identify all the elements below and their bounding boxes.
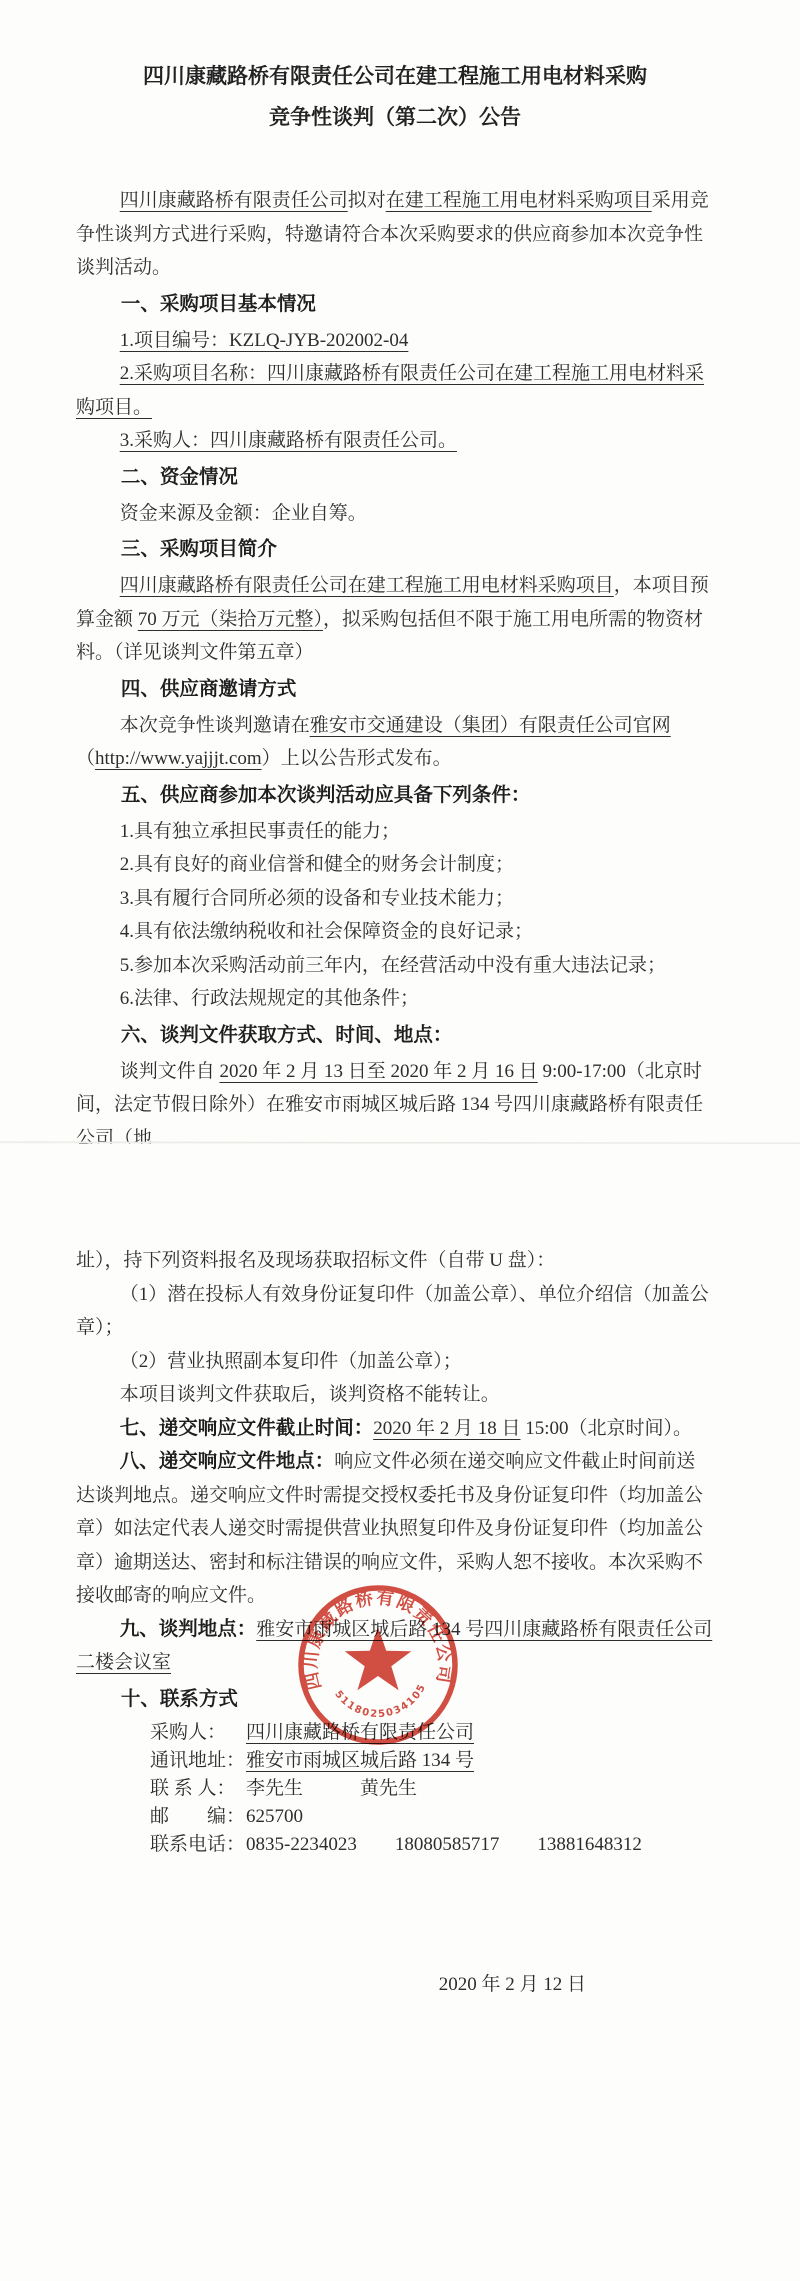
project-number-line: 1.项目编号：KZLQ-JYB-202002-04 <box>76 324 714 358</box>
contact-label: 邮 编： <box>150 1803 246 1831</box>
section-heading-2: 二、资金情况 <box>76 461 714 495</box>
contact-row-zipcode: 邮 编： 625700 <box>150 1803 714 1831</box>
condition-item-6: 6.法律、行政法规规定的其他条件； <box>76 982 714 1016</box>
text-segment: 八、递交响应文件地点： <box>120 1451 335 1472</box>
text-segment: 响应文件必须在递交响应文件截止时间前送达谈判地点。递交响应文件时需提交授权委托书… <box>76 1451 703 1606</box>
contact-row-purchaser: 采购人： 四川康藏路桥有限责任公司 <box>150 1719 714 1747</box>
section-heading-6: 六、谈判文件获取方式、时间、地点： <box>76 1019 714 1053</box>
section-7-deadline: 七、递交响应文件截止时间：2020 年 2 月 18 日 15:00（北京时间）… <box>76 1412 714 1446</box>
text-segment: （ <box>76 748 95 769</box>
project-brief-paragraph: 四川康藏路桥有限责任公司在建工程施工用电材料采购项目，本项目预算金额 70 万元… <box>76 569 714 670</box>
project-name-line: 2.采购项目名称：四川康藏路桥有限责任公司在建工程施工用电材料采购项目。 <box>76 357 714 424</box>
text-segment: 70 万元（柒拾万元整） <box>138 609 323 630</box>
transfer-note: 本项目谈判文件获取后，谈判资格不能转让。 <box>76 1378 714 1412</box>
contact-value: 0835-2234023 18080585717 13881648312 <box>246 1831 642 1859</box>
contact-label: 采购人： <box>150 1719 246 1747</box>
announcement-page-2: 址），持下列资料报名及现场获取招标文件（自带 U 盘）： （1）潜在投标人有效身… <box>0 1144 800 2281</box>
text-segment: http://www.yajjjt.com <box>95 748 262 769</box>
document-obtain-continuation: 址），持下列资料报名及现场获取招标文件（自带 U 盘）： <box>76 1244 714 1278</box>
text-segment: 在建工程施工用电材料采购项目 <box>386 190 652 211</box>
section-9-negotiation-place: 九、谈判地点：雅安市雨城区城后路 134 号四川康藏路桥有限责任公司二楼会议室 <box>76 1613 714 1680</box>
section-heading-10: 十、联系方式 <box>76 1683 714 1717</box>
text-segment: 3.采购人：四川康藏路桥有限责任公司。 <box>120 430 457 451</box>
text-segment: 九、谈判地点： <box>120 1619 257 1640</box>
required-document-2: （2）营业执照副本复印件（加盖公章）； <box>76 1345 714 1379</box>
text-segment: 谈判文件自 <box>120 1061 220 1082</box>
contact-label: 联系电话： <box>150 1831 246 1859</box>
section-heading-1: 一、采购项目基本情况 <box>76 288 714 322</box>
text-segment: 七、递交响应文件截止时间： <box>120 1418 374 1439</box>
contact-value: 雅安市雨城区城后路 134 号 <box>246 1747 474 1775</box>
condition-item-1: 1.具有独立承担民事责任的能力； <box>76 815 714 849</box>
section-8-submission-place: 八、递交响应文件地点：响应文件必须在递交响应文件截止时间前送达谈判地点。递交响应… <box>76 1445 714 1613</box>
title-spacer <box>76 138 714 184</box>
contact-value: 四川康藏路桥有限责任公司 <box>246 1719 474 1747</box>
announcement-page-1: 四川康藏路桥有限责任公司在建工程施工用电材料采购 竞争性谈判（第二次）公告 四川… <box>0 0 800 1142</box>
announcement-title-line1: 四川康藏路桥有限责任公司在建工程施工用电材料采购 <box>76 56 714 97</box>
contact-row-person: 联 系 人： 李先生 黄先生 <box>150 1775 714 1803</box>
contact-value: 李先生 黄先生 <box>246 1775 417 1803</box>
text-segment: ）上以公告形式发布。 <box>262 748 452 769</box>
text-segment: 15:00（北京时间）。 <box>520 1418 692 1439</box>
contact-label: 通讯地址： <box>150 1747 246 1775</box>
contact-row-address: 通讯地址： 雅安市雨城区城后路 134 号 <box>150 1747 714 1775</box>
text-segment: 本次竞争性谈判邀请在 <box>120 715 310 736</box>
intro-paragraph: 四川康藏路桥有限责任公司拟对在建工程施工用电材料采购项目采用竞争性谈判方式进行采… <box>76 184 714 285</box>
text-segment: 拟对 <box>348 190 386 211</box>
invitation-paragraph: 本次竞争性谈判邀请在雅安市交通建设（集团）有限责任公司官网（http://www… <box>76 709 714 776</box>
text-segment: 2020 年 2 月 18 日 <box>373 1418 520 1439</box>
contact-label: 联 系 人： <box>150 1775 246 1803</box>
funding-line: 资金来源及金额：企业自筹。 <box>76 497 714 531</box>
text-segment: 四川康藏路桥有限责任公司在建工程施工用电材料采购项目 <box>120 575 614 596</box>
contact-block: 采购人： 四川康藏路桥有限责任公司 通讯地址： 雅安市雨城区城后路 134 号 … <box>150 1719 714 1859</box>
contact-value: 625700 <box>246 1803 303 1831</box>
section-heading-5: 五、供应商参加本次谈判活动应具备下列条件： <box>76 779 714 813</box>
text-segment: 1.项目编号：KZLQ-JYB-202002-04 <box>120 330 409 351</box>
text-segment: 2020 年 2 月 13 日至 2020 年 2 月 16 日 <box>219 1061 537 1082</box>
text-segment: 2.采购项目名称：四川康藏路桥有限责任公司在建工程施工用电材料采购项目。 <box>76 363 704 418</box>
contact-row-phone: 联系电话： 0835-2234023 18080585717 138816483… <box>150 1831 714 1859</box>
condition-item-3: 3.具有履行合同所必须的设备和专业技术能力； <box>76 882 714 916</box>
condition-item-5: 5.参加本次采购活动前三年内，在经营活动中没有重大违法记录； <box>76 949 714 983</box>
condition-item-4: 4.具有依法缴纳税收和社会保障资金的良好记录； <box>76 915 714 949</box>
announcement-date: 2020 年 2 月 12 日 <box>76 1969 714 1996</box>
required-document-1: （1）潜在投标人有效身份证复印件（加盖公章）、单位介绍信（加盖公章）； <box>76 1278 714 1345</box>
document-obtain-paragraph: 谈判文件自 2020 年 2 月 13 日至 2020 年 2 月 16 日 9… <box>76 1055 714 1156</box>
section-heading-4: 四、供应商邀请方式 <box>76 673 714 707</box>
text-segment: 雅安市交通建设（集团）有限责任公司官网 <box>310 715 671 736</box>
purchaser-line: 3.采购人：四川康藏路桥有限责任公司。 <box>76 424 714 458</box>
announcement-title-line2: 竞争性谈判（第二次）公告 <box>76 97 714 138</box>
text-segment: 四川康藏路桥有限责任公司 <box>120 190 348 211</box>
condition-item-2: 2.具有良好的商业信誉和健全的财务会计制度； <box>76 848 714 882</box>
section-heading-3: 三、采购项目简介 <box>76 533 714 567</box>
